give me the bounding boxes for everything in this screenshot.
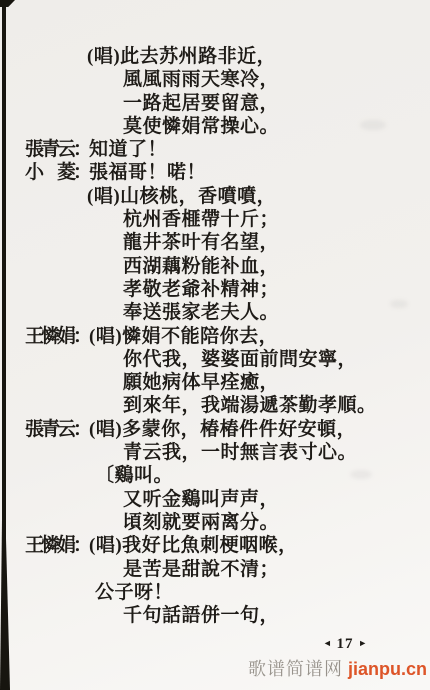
script-line: 莫使憐娟常操心。 — [0, 115, 430, 138]
page-number-right-arrow-icon: ► — [358, 638, 367, 648]
watermark-site-name: 歌谱简谱网 — [248, 659, 343, 679]
script-line: (唱)山核桃，香噴噴， — [0, 185, 430, 208]
line-text: 頃刻就要兩离分。 — [123, 512, 279, 533]
line-text: 孝敬老爺补精神； — [123, 279, 279, 300]
script-line: 到來年，我端湯遞茶勤孝順。 — [0, 394, 430, 417]
line-text: 一路起居要留意， — [123, 93, 279, 114]
script-line: 〔鷄叫。 — [0, 464, 430, 487]
line-text: 張福哥！喏！ — [89, 162, 206, 183]
speaker-name: 王憐娟： — [25, 534, 89, 557]
script-line: 小 菱：張福哥！喏！ — [0, 161, 430, 184]
line-text: 是苦是甜說不清； — [123, 559, 279, 580]
watermark: 歌谱简谱网 jianpu.cn — [248, 655, 427, 681]
script-line: 一路起居要留意， — [0, 92, 430, 115]
script-line: 你代我，婆婆面前問安寧， — [0, 348, 430, 371]
line-text: (唱)我好比魚刺梗咽喉， — [89, 535, 298, 556]
script-line: 青云我，一时無言表寸心。 — [0, 441, 430, 464]
line-text: 龍井茶叶有名望， — [123, 232, 279, 253]
speaker-name: 王憐娟： — [25, 325, 89, 348]
line-text: 青云我，一时無言表寸心。 — [123, 442, 357, 463]
script-line: 王憐娟：(唱)憐娟不能陪你去， — [0, 325, 430, 348]
script-line: 又听金鷄叫声声， — [0, 488, 430, 511]
script-line: 頃刻就要兩离分。 — [0, 511, 430, 534]
script-line: 千句話語併一句， — [0, 604, 430, 627]
page-number: 17 — [337, 636, 354, 652]
line-text: 千句話語併一句， — [123, 605, 279, 626]
script-line: 龍井茶叶有名望， — [0, 231, 430, 254]
line-text: 西湖藕粉能补血， — [123, 256, 279, 277]
speaker-name: 張青云： — [25, 418, 89, 441]
line-text: 又听金鷄叫声声， — [123, 489, 279, 510]
line-text: (唱)此去苏州路非近， — [87, 46, 276, 67]
script-line: 奉送張家老夫人。 — [0, 301, 430, 324]
script-line: 張青云：(唱)多蒙你，椿椿件件好安頓， — [0, 418, 430, 441]
line-text: 你代我，婆婆面前問安寧， — [123, 349, 357, 370]
script-line: 西湖藕粉能补血， — [0, 255, 430, 278]
speaker-name: 小 菱： — [25, 161, 89, 184]
script-line: 願她病体早痊癒， — [0, 371, 430, 394]
watermark-domain: jianpu.cn — [348, 659, 427, 679]
script-line: 張青云：知道了！ — [0, 138, 430, 161]
line-text: 公子呀！ — [95, 582, 173, 603]
line-text: 願她病体早痊癒， — [123, 372, 279, 393]
line-text: 到來年，我端湯遞茶勤孝順。 — [123, 395, 377, 416]
speaker-name: 張青云： — [25, 138, 89, 161]
script-line: 公子呀！ — [0, 581, 430, 604]
script-line: 是苦是甜說不清； — [0, 558, 430, 581]
line-text: 風風雨雨天寒冷， — [123, 69, 279, 90]
line-text: (唱)多蒙你，椿椿件件好安頓， — [89, 419, 356, 440]
script-body: (唱)此去苏州路非近，風風雨雨天寒冷，一路起居要留意，莫使憐娟常操心。張青云：知… — [0, 45, 430, 627]
script-line: 杭州香榧帶十斤； — [0, 208, 430, 231]
script-line: 風風雨雨天寒冷， — [0, 68, 430, 91]
line-text: 〔鷄叫。 — [95, 465, 173, 486]
script-line: 孝敬老爺补精神； — [0, 278, 430, 301]
script-line: (唱)此去苏州路非近， — [0, 45, 430, 68]
line-text: (唱)山核桃，香噴噴， — [87, 186, 276, 207]
line-text: 杭州香榧帶十斤； — [123, 209, 279, 230]
line-text: 知道了！ — [89, 139, 167, 160]
page-number-block: ◄ 17 ► — [300, 636, 390, 653]
script-line: 王憐娟：(唱)我好比魚刺梗咽喉， — [0, 534, 430, 557]
line-text: (唱)憐娟不能陪你去， — [89, 326, 278, 347]
line-text: 奉送張家老夫人。 — [123, 302, 279, 323]
page-number-left-arrow-icon: ◄ — [323, 638, 332, 648]
line-text: 莫使憐娟常操心。 — [123, 116, 279, 137]
